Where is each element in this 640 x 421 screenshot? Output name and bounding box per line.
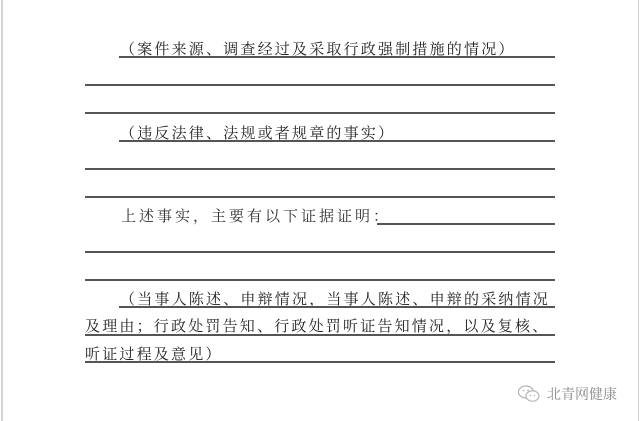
watermark: 北青网健康: [517, 384, 617, 404]
section2-underline: [119, 140, 555, 142]
blank-line[interactable]: [85, 112, 555, 114]
blank-line[interactable]: [85, 196, 555, 198]
section4-underline-2: [85, 334, 555, 336]
watermark-text: 北青网健康: [547, 384, 617, 404]
page-border-right: [638, 0, 639, 421]
section4-line2: 及理由；行政处罚告知、行政处罚听证告知情况，以及复核、: [85, 317, 549, 335]
wechat-icon: [517, 384, 541, 404]
blank-line[interactable]: [85, 84, 555, 86]
evidence-label: 上述事实，主要有以下证据证明：: [121, 207, 391, 225]
blank-line[interactable]: [85, 251, 555, 253]
section4-underline-3: [85, 361, 555, 363]
blank-line[interactable]: [85, 168, 555, 170]
blank-line[interactable]: [85, 279, 555, 281]
section4-underline-1: [119, 306, 555, 308]
section1-underline: [119, 56, 555, 58]
evidence-input-line[interactable]: [377, 223, 555, 225]
page-border-left: [1, 0, 3, 421]
